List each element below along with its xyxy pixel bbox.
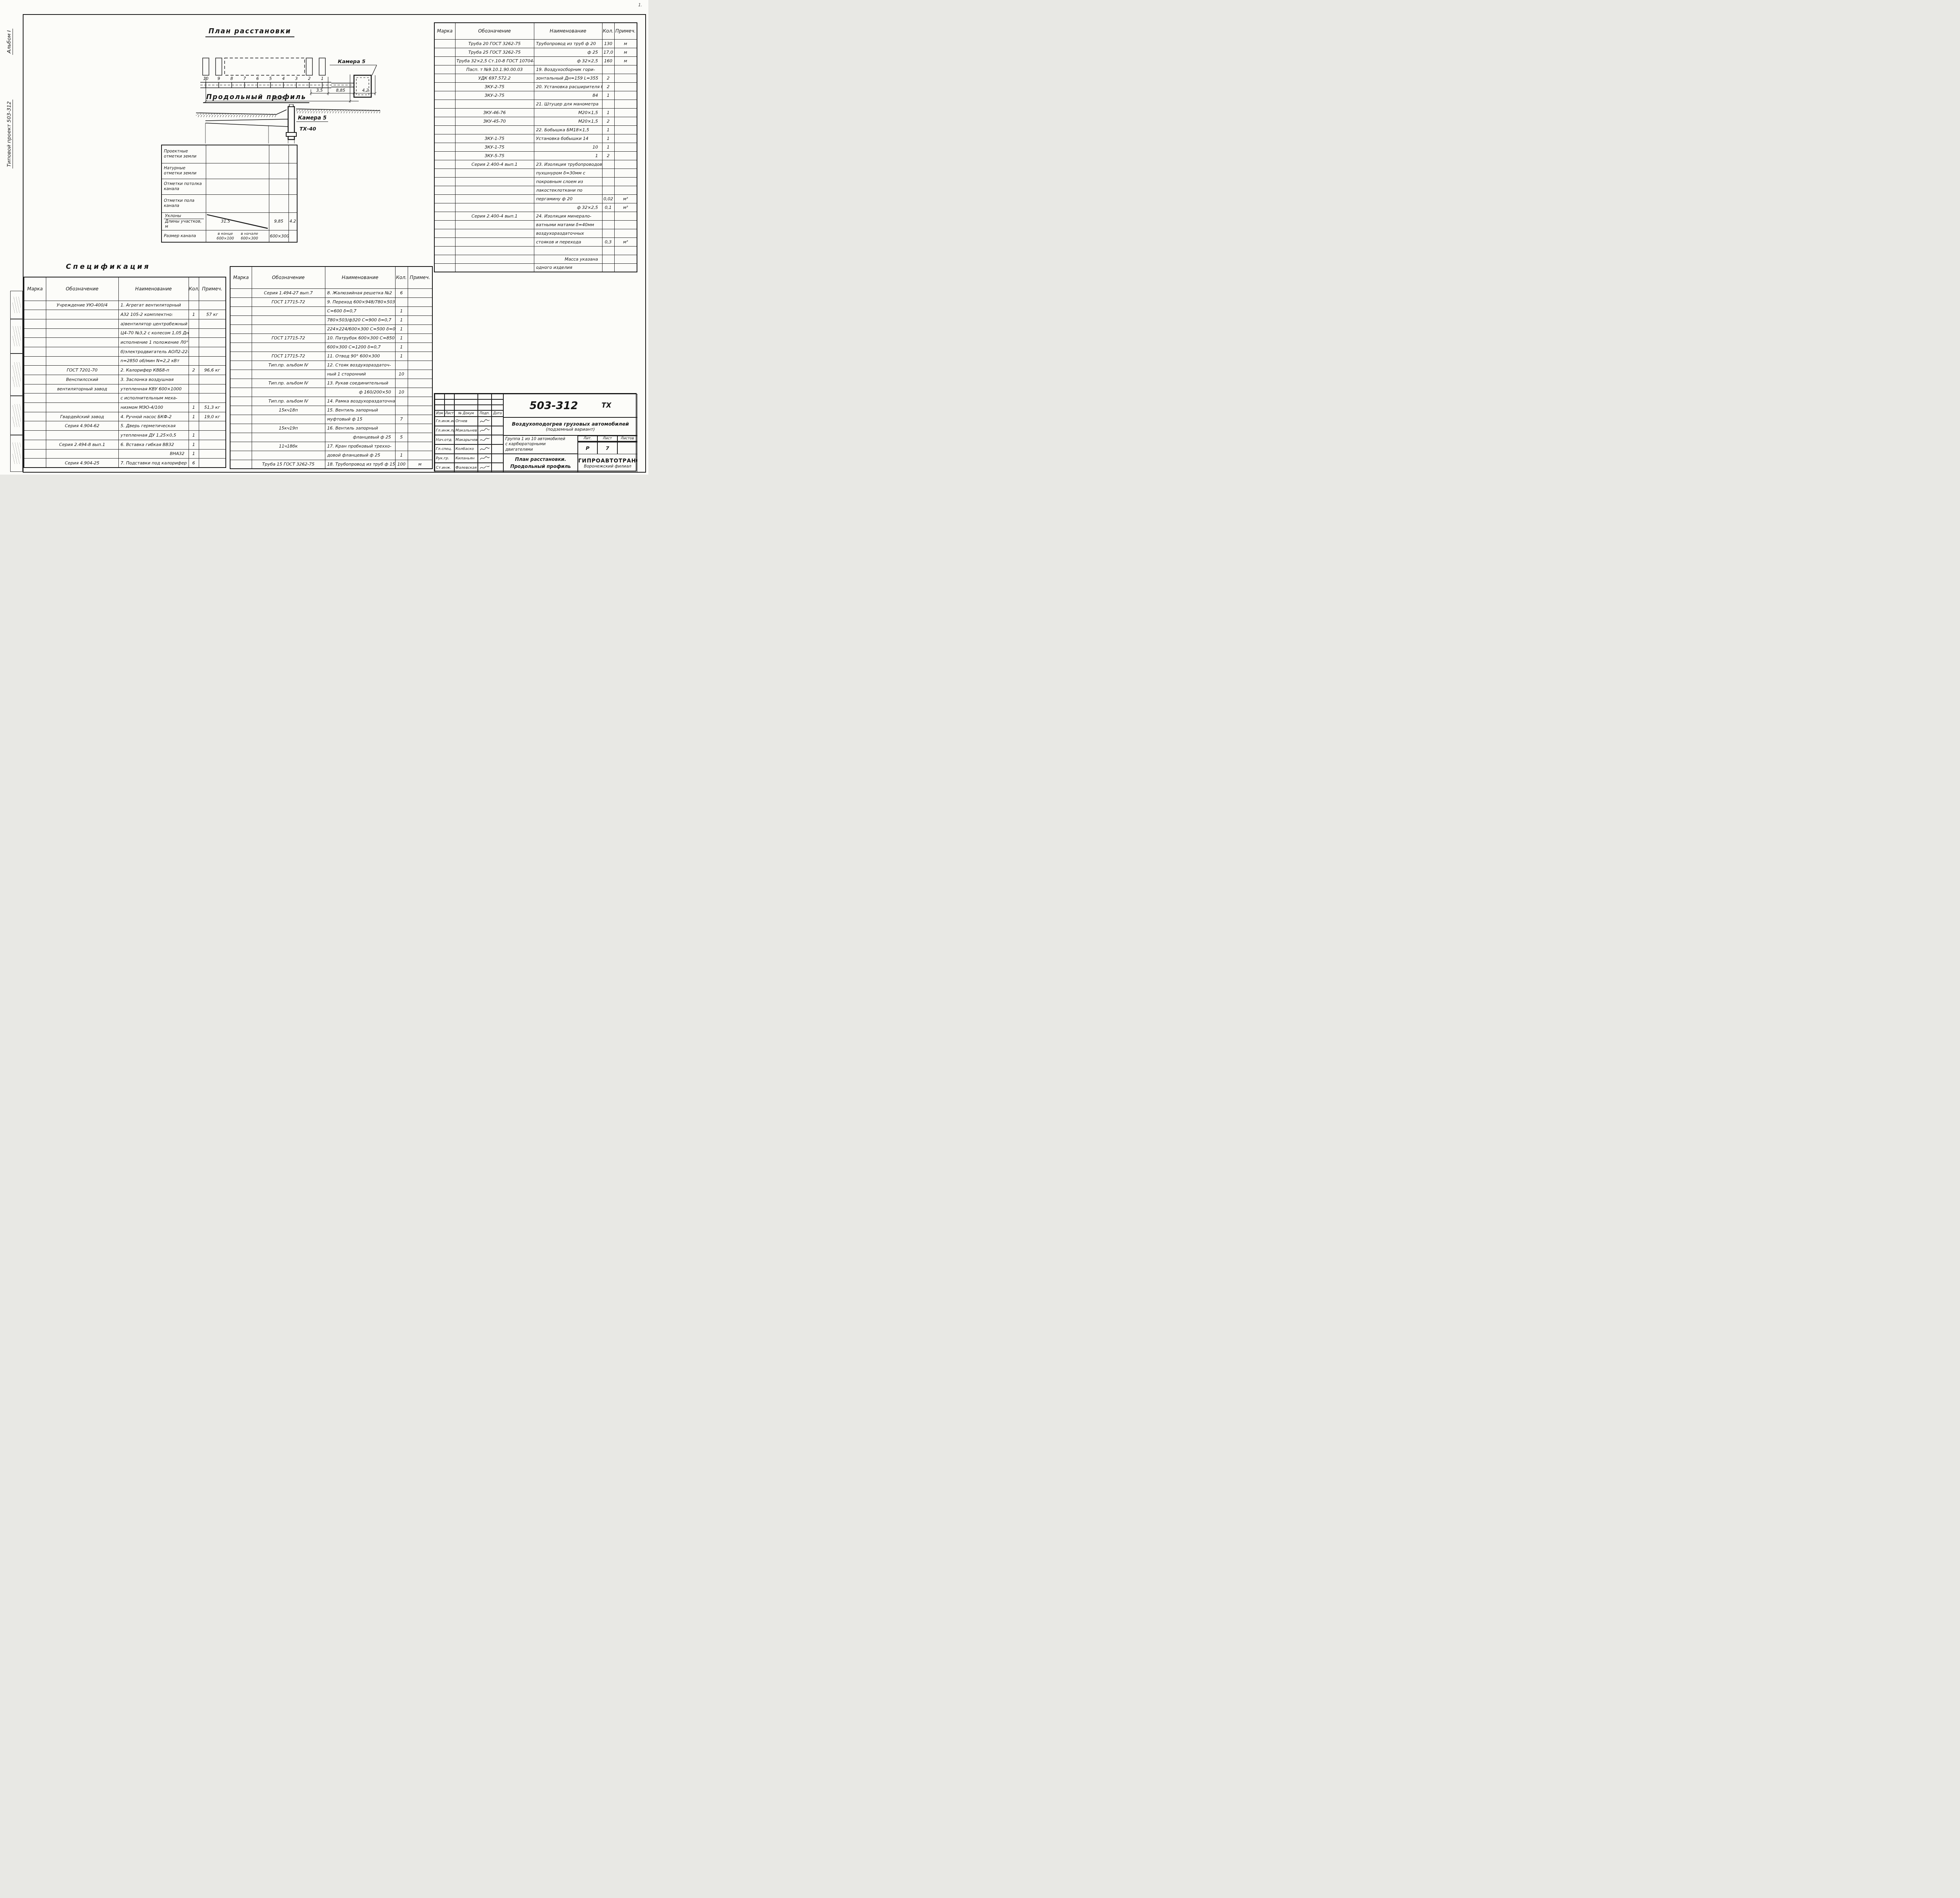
table-row: пухшнуром δ=30мм с [434, 169, 637, 177]
table-row: ЗКУ-46-76М20×1,51 [434, 108, 637, 117]
table-cell: 8. Жалюзийная решетка №2 [325, 288, 395, 297]
table-cell: пергамину ф 20 [534, 194, 602, 203]
table-cell: м [614, 39, 637, 48]
dimension-value: 3,5 [316, 88, 323, 93]
dimension-value: 4,2 [362, 88, 369, 93]
organization-name: ГИПРОАВТОТРАНС [578, 458, 637, 464]
table-cell: 6 [189, 459, 199, 468]
table-cell: покровным слоем из [534, 177, 602, 186]
table-cell: 14. Рамка воздухораздаточная [325, 397, 395, 406]
table-row: ватными матами δ=40мм [434, 220, 637, 229]
table-cell: 0,02 [602, 194, 614, 203]
table-cell: 10 [395, 388, 408, 397]
document-number-cell: 503-312 ТХ [503, 394, 637, 417]
slope-cell: 31.5 [206, 212, 269, 230]
table-cell: 1 [602, 134, 614, 143]
table-cell [614, 65, 637, 74]
table-cell [230, 370, 252, 379]
table-cell [614, 160, 637, 169]
table-cell: 1 [602, 125, 614, 134]
table-cell [189, 356, 199, 366]
table-cell [189, 319, 199, 328]
table-cell [455, 177, 534, 186]
table-cell: Серия 2.494-8 вып.1 [46, 440, 118, 449]
table-cell [455, 169, 534, 177]
size-end: в конце600×100 [217, 232, 234, 241]
table-cell: 2 [602, 151, 614, 160]
signature-date [492, 426, 503, 435]
table-cell: м [408, 460, 432, 469]
column-header: Наименование [534, 23, 602, 39]
column-header: Кол. [189, 277, 199, 301]
table-cell: м³ [614, 194, 637, 203]
table-row: Тип.пр. альбом Ⅳ14. Рамка воздухораздато… [230, 397, 432, 406]
table-row: Отметки пола канала [162, 194, 297, 212]
profile-row-label: Проектные отметки земли [162, 145, 206, 163]
table-cell [252, 315, 325, 324]
table-cell: УДК 697.572.2 [455, 74, 534, 82]
table-cell: Венспилсский [46, 375, 118, 384]
table-cell [614, 125, 637, 134]
lit-grid: Лит. Лист Листов Р 7 [578, 435, 637, 454]
table-cell: ный 1 сторонний [325, 370, 395, 379]
table-cell: 57 кг [199, 310, 226, 319]
table-cell [24, 338, 46, 347]
table-cell [602, 212, 614, 220]
table-cell [189, 384, 199, 393]
table-row: Труба 15 ГОСТ 3262-7518. Трубопровод из … [230, 460, 432, 469]
table-row: 21. Штуцер для манометра [434, 100, 637, 108]
table-cell [614, 143, 637, 151]
table-cell: 1 [395, 324, 408, 334]
table-cell [434, 194, 455, 203]
table-cell [230, 297, 252, 306]
table-row: ЗКУ-45-70М20×1,52 [434, 117, 637, 125]
table-row: Серия 2.400-4 вып.123. Изоляция трубопро… [434, 160, 637, 169]
table-cell: 84 [534, 91, 602, 100]
table-cell [24, 366, 46, 375]
table-cell [434, 74, 455, 82]
list-value: 7 [597, 442, 617, 454]
dimension-value: 8,85 [336, 88, 345, 93]
table-cell [24, 393, 46, 403]
object-line: Группа 1 из 10 автомобилей [505, 437, 576, 442]
table-cell: ЗКУ-2-75 [455, 91, 534, 100]
table-cell: 160 [602, 56, 614, 65]
column-header: Марка [230, 266, 252, 288]
table-cell: ф 25 [534, 48, 602, 56]
table-cell [46, 449, 118, 459]
table-cell [614, 91, 637, 100]
table-cell [408, 315, 432, 324]
table-row: Серия 4.904-625. Дверь герметическая [24, 421, 226, 431]
table-cell: Тип.пр. альбом Ⅳ [252, 379, 325, 388]
table-row: одного изделия [434, 263, 637, 272]
table-cell [24, 431, 46, 440]
empty-cell [206, 194, 269, 212]
table-cell [408, 451, 432, 460]
table-row: УДК 697.572.2зонтальный Дн=159 L=3552 [434, 74, 637, 82]
table-cell: 7 [395, 415, 408, 424]
revision-header: Изм Лист № Докум Подп. Дата [435, 410, 503, 417]
table-cell: 1 [189, 412, 199, 421]
stall-number: 1 [321, 76, 324, 81]
table-cell [395, 442, 408, 451]
table-row: 15кч19п16. Вентиль запорный [230, 424, 432, 433]
specification-title: Спецификация [66, 263, 151, 271]
table-cell [230, 361, 252, 370]
table-cell [252, 433, 325, 442]
table-cell: 1 [602, 108, 614, 117]
table-cell: Установка бобышки 14 [534, 134, 602, 143]
table-cell [408, 397, 432, 406]
table-cell: Пасп. т №9.10.1.90.00.03 [455, 65, 534, 74]
table-cell: 1 [189, 449, 199, 459]
table-cell [46, 310, 118, 319]
organization-cell: ГИПРОАВТОТРАНС Воронежский филиал [578, 454, 637, 472]
table-cell: 5. Дверь герметическая [118, 421, 189, 431]
table-cell [614, 186, 637, 194]
table-cell [395, 379, 408, 388]
table-cell [199, 356, 226, 366]
table-cell [230, 388, 252, 397]
table-cell: 11ч18бк [252, 442, 325, 451]
table-cell: 10 [534, 143, 602, 151]
table-cell [199, 449, 226, 459]
table-cell [252, 451, 325, 460]
album-label: Альбом I [6, 29, 13, 55]
table-cell [434, 255, 455, 263]
object-line: двигателями [505, 447, 576, 452]
table-row: А32 105-2 комплектно:157 кг [24, 310, 226, 319]
signature-row: Гл.инж.пр. Макальнев [435, 426, 503, 435]
table-cell [199, 421, 226, 431]
margin-stamp-box [10, 435, 23, 472]
table-row: ЗКУ-1-75101 [434, 143, 637, 151]
table-cell: м³ [614, 237, 637, 246]
table-cell: 11. Отвод 90° 600×300 [325, 352, 395, 361]
table-cell [455, 186, 534, 194]
table-cell [408, 361, 432, 370]
table-cell [455, 194, 534, 203]
column-header: Обозначение [252, 266, 325, 288]
size-value: 600×300 [269, 230, 289, 242]
signature-scribble [478, 435, 492, 444]
stall-number: 2 [308, 76, 311, 81]
table-row: Труба 32×2,5 Ст.10-8 ГОСТ 10704-76ф 32×2… [434, 56, 637, 65]
length-value: 9,85 [269, 212, 289, 230]
table-cell: 15. Вентиль запорный [325, 406, 395, 415]
table-cell [408, 324, 432, 334]
slope-length-label: Уклоны Длины участков, м [162, 212, 206, 230]
table-cell [252, 388, 325, 397]
stall-number: 8 [230, 76, 233, 81]
table-row: утепленная ДУ 1,25×0,51 [24, 431, 226, 440]
table-cell [434, 56, 455, 65]
signature-date [492, 435, 503, 444]
table-cell [614, 229, 637, 237]
table-cell: 130 [602, 39, 614, 48]
table-cell [614, 255, 637, 263]
table-cell [46, 393, 118, 403]
signature-date [492, 463, 503, 472]
table-row: ЗКУ-2-75841 [434, 91, 637, 100]
table-cell [230, 424, 252, 433]
table-cell [24, 301, 46, 310]
sheet-title: План расстановки. [504, 456, 577, 463]
table-cell: 3. Заслонка воздушная [118, 375, 189, 384]
signature-scribble [478, 463, 492, 472]
table-cell: 96,6 кг [199, 366, 226, 375]
table-cell: 6. Вставка гибкая ВВ32 [118, 440, 189, 449]
table-row: ЗКУ-1-75Установка бобышки 141 [434, 134, 637, 143]
table-cell [24, 412, 46, 421]
table-cell [614, 151, 637, 160]
table-cell [434, 186, 455, 194]
table-cell [230, 288, 252, 297]
table-cell [230, 415, 252, 424]
corner-mark: 1. [638, 2, 642, 7]
table-cell [434, 91, 455, 100]
stall-number: 3 [295, 76, 298, 81]
table-cell [434, 134, 455, 143]
length-value: 4.2 [289, 212, 297, 230]
slope-label: Уклоны [164, 214, 204, 219]
table-cell: пухшнуром δ=30мм с [534, 169, 602, 177]
table-cell: 600×300 С=1200 δ=0,7 [325, 343, 395, 352]
table-cell: ЗКУ-5-75 [455, 151, 534, 160]
table-cell: ЗКУ-46-76 [455, 108, 534, 117]
table-row: стояков и перехода0,3м³ [434, 237, 637, 246]
table-cell [199, 347, 226, 356]
table-cell [455, 255, 534, 263]
table-row [434, 246, 637, 255]
table-cell: 5 [395, 433, 408, 442]
table-cell: исполнение 1 положение Л0° [118, 338, 189, 347]
table-row: 15кч18п15. Вентиль запорный [230, 406, 432, 415]
table-cell [434, 65, 455, 74]
table-cell [455, 229, 534, 237]
table-row: покровным слоем из [434, 177, 637, 186]
stall-number: 4 [282, 76, 285, 81]
channel-sizes: в конце600×100 в начале600×300 [206, 230, 269, 242]
table-row: ный 1 сторонний10 [230, 370, 432, 379]
table-cell: n=2850 об/мин N=2,2 кВт [118, 356, 189, 366]
column-header: Обозначение [455, 23, 534, 39]
table-row: довой фланцевый ф 251 [230, 451, 432, 460]
table-cell: Серия 2.400-4 вып.1 [455, 212, 534, 220]
ground-hatch [296, 110, 380, 113]
table-cell: 19,0 кг [199, 412, 226, 421]
table-cell: 224×224/600×300 С=500 δ=0,7 [325, 324, 395, 334]
empty-cell [269, 179, 289, 194]
profile-row-label: Отметки потолка канала [162, 179, 206, 194]
table-cell [230, 406, 252, 415]
table-cell: 7. Подставки под калорифер [118, 459, 189, 468]
table-row: Пасп. т №9.10.1.90.00.0319. Воздухосборн… [434, 65, 637, 74]
table-cell [408, 352, 432, 361]
table-cell [434, 39, 455, 48]
table-cell: ф 32×2,5 [534, 203, 602, 212]
margin-stamp-box [10, 291, 23, 319]
table-cell: 780×503/ф320 С=900 δ=0,7 [325, 315, 395, 324]
table-cell [455, 203, 534, 212]
size-label: Размер канала [162, 230, 206, 242]
spec-table-right: МаркаОбозначениеНаименованиеКол.Примеч.Т… [434, 22, 637, 272]
table-row: низмом МЭО-4/100151,3 кг [24, 403, 226, 412]
table-cell [46, 403, 118, 412]
signature-date [492, 454, 503, 463]
camera-label: Камера 5 [338, 59, 366, 65]
table-cell [230, 451, 252, 460]
table-cell [408, 343, 432, 352]
column-header: Кол. [395, 266, 408, 288]
column-header: Обозначение [46, 277, 118, 301]
signature-row: Ст.инж. Фалевская [435, 463, 503, 472]
project-title-cell: Воздухоподогрев грузовых автомобилей (по… [503, 417, 637, 435]
table-cell [434, 160, 455, 169]
empty-cell [269, 163, 289, 179]
table-cell [614, 212, 637, 220]
table-cell [408, 424, 432, 433]
table-cell [395, 406, 408, 415]
table-cell [408, 388, 432, 397]
table-cell [434, 82, 455, 91]
stall-number: 5 [269, 76, 272, 81]
table-cell [434, 108, 455, 117]
stall-number: 9 [218, 76, 220, 81]
profile-row-label: Натурные отметки земли [162, 163, 206, 179]
table-cell [24, 347, 46, 356]
table-cell [408, 370, 432, 379]
header-row: МаркаОбозначениеНаименованиеКол.Примеч. [24, 277, 226, 301]
signature-role: Рук.гр. [435, 454, 454, 463]
table-cell [408, 334, 432, 343]
size-caption: в конце [217, 232, 234, 236]
signature-name: Огнев [454, 417, 478, 426]
table-row: воздухораздаточных [434, 229, 637, 237]
table-cell: с исполнительным меха- [118, 393, 189, 403]
signature-row: Нач.отд. Макарычев [435, 435, 503, 444]
table-cell: Серия 2.400-4 вып.1 [455, 160, 534, 169]
table-cell: м³ [614, 203, 637, 212]
table-cell: ф 32×2,5 [534, 56, 602, 65]
table-cell: 17. Кран пробковый треххо- [325, 442, 395, 451]
table-cell: Учреждение УЮ-400/4 [46, 301, 118, 310]
title-block: Изм Лист № Докум Подп. Дата Гл.инж.ин. О… [434, 393, 637, 471]
table-cell [24, 375, 46, 384]
table-row: 780×503/ф320 С=900 δ=0,71 [230, 315, 432, 324]
empty-cell [269, 145, 289, 163]
table-cell [602, 160, 614, 169]
table-row: ЗКУ-5-7512 [434, 151, 637, 160]
table-cell [189, 347, 199, 356]
table-row: Серия 2.400-4 вып.124. Изоляция минерало… [434, 212, 637, 220]
table-row: ГОСТ 17715-729. Переход 600×948/780×503 [230, 297, 432, 306]
table-row: Труба 25 ГОСТ 3262-75ф 2517,0м [434, 48, 637, 56]
table-row: Масса указана [434, 255, 637, 263]
table-cell [434, 237, 455, 246]
table-cell [602, 186, 614, 194]
empty-cell [269, 194, 289, 212]
sheet-title-cell: План расстановки. Продольный профиль [503, 454, 578, 472]
table-cell [602, 65, 614, 74]
empty-cell [289, 163, 297, 179]
project-title: Воздухоподогрев грузовых автомобилей [504, 421, 637, 427]
table-row: 11ч18бк17. Кран пробковый треххо- [230, 442, 432, 451]
table-row: Гвардейский завод4. Ручной насос БКФ-211… [24, 412, 226, 421]
table-cell [199, 338, 226, 347]
empty-cell [289, 230, 297, 242]
margin-stamp-box [10, 353, 23, 396]
table-cell: 1 [395, 451, 408, 460]
table-cell: 18. Трубопровод из труб ф 15 [325, 460, 395, 469]
table-cell: одного изделия [534, 263, 602, 272]
table-cell: Ц4-70 №3,2 с колесом 1,05 Дн [118, 328, 189, 338]
table-row: Тип.пр. альбом Ⅳ13. Рукав соединительный [230, 379, 432, 388]
table-cell: ГОСТ 17715-72 [252, 334, 325, 343]
table-cell: 1 [602, 143, 614, 151]
table-cell: 1 [189, 431, 199, 440]
table-cell: Труба 15 ГОСТ 3262-75 [252, 460, 325, 469]
signature-date [492, 417, 503, 426]
table-cell: 20. Установка расширителя бч [534, 82, 602, 91]
table-cell [24, 449, 46, 459]
column-header: Примеч. [614, 23, 637, 39]
table-cell: 1 [189, 440, 199, 449]
size-value: 600×100 [217, 236, 234, 241]
table-cell: 100 [395, 460, 408, 469]
listov-value [617, 442, 637, 454]
table-cell [602, 100, 614, 108]
table-cell [434, 143, 455, 151]
table-cell: 13. Рукав соединительный [325, 379, 395, 388]
table-cell [408, 288, 432, 297]
table-cell [434, 263, 455, 272]
table-cell [614, 220, 637, 229]
list-header: Лист [597, 436, 617, 441]
table-cell [434, 229, 455, 237]
table-cell [434, 125, 455, 134]
table-cell [455, 125, 534, 134]
table-cell [602, 220, 614, 229]
profile-camera-label: Камера 5 [296, 115, 328, 122]
signature-role: Ст.инж. [435, 463, 454, 472]
table-cell: 15кч19п [252, 424, 325, 433]
signature-role: Гл.инж.ин. [435, 417, 454, 426]
col-izm: Изм [435, 410, 445, 417]
signature-name: Киланьян [454, 454, 478, 463]
header-row: МаркаОбозначениеНаименованиеКол.Примеч. [230, 266, 432, 288]
table-row: n=2850 об/мин N=2,2 кВт [24, 356, 226, 366]
profile-row-label: Отметки пола канала [162, 194, 206, 212]
table-cell [534, 246, 602, 255]
spec-table-left: МаркаОбозначениеНаименованиеКол.Примеч.У… [24, 277, 226, 468]
table-cell [230, 352, 252, 361]
table-cell: 1 [189, 403, 199, 412]
table-cell [408, 379, 432, 388]
table-cell: м [614, 48, 637, 56]
table-cell [614, 177, 637, 186]
table-cell [252, 343, 325, 352]
table-cell [24, 384, 46, 393]
table-cell: 22. Бобышка БМ18×1,5 [534, 125, 602, 134]
empty-cell [206, 145, 269, 163]
object-description-cell: Группа 1 из 10 автомобилей с карбюраторн… [503, 435, 578, 454]
empty-cell [206, 163, 269, 179]
table-row: Отметки потолка канала [162, 179, 297, 194]
empty-cell [206, 179, 269, 194]
